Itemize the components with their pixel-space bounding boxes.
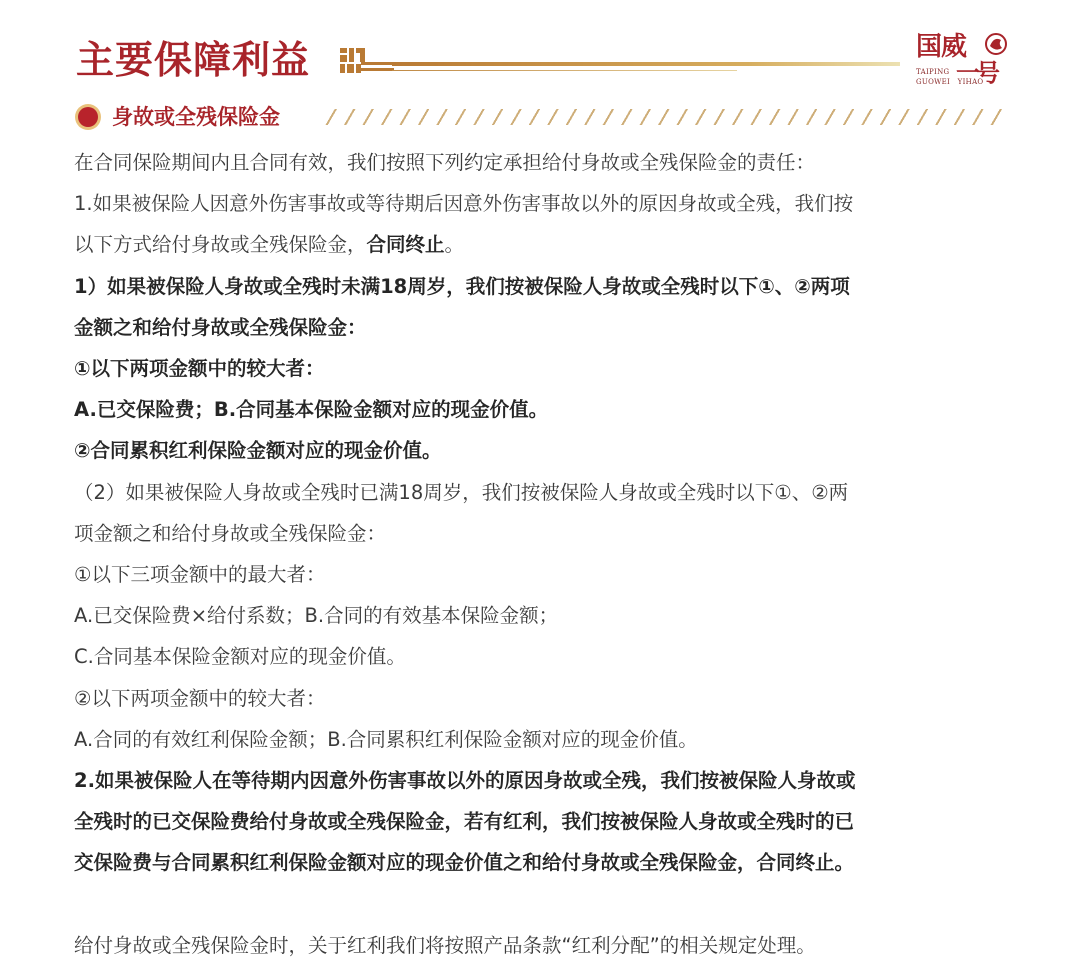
logo-chars-bottom: 一号: [956, 58, 996, 88]
dragon-emblem-icon: [984, 32, 1008, 56]
paragraph: ①以下三项金额中的最大者：: [74, 554, 1014, 595]
paragraph: （2）如果被保险人身故或全残时已满18周岁，我们按被保险人身故或全残时以下①、②…: [74, 472, 1014, 513]
page-title: 主要保障利益: [76, 36, 310, 84]
paragraph-bold: 1）如果被保险人身故或全残时未满18周岁，我们按被保险人身故或全残时以下①、②两…: [74, 266, 1014, 307]
fret-ornament-icon: [338, 46, 394, 76]
paragraph: 在合同保险期间内且合同有效，我们按照下列约定承担给付身故或全残保险金的责任：: [74, 142, 1014, 183]
contract-termination-emphasis: 合同终止: [367, 233, 445, 256]
footer-note: 给付身故或全残保险金时，关于红利我们将按照产品条款“红利分配”的相关规定处理。: [74, 925, 1014, 964]
benefit-clauses: 在合同保险期间内且合同有效，我们按照下列约定承担给付身故或全残保险金的责任： 1…: [74, 142, 1014, 964]
paragraph-bold: A.已交保险费；B.合同基本保险金额对应的现金价值。: [74, 389, 1014, 430]
paragraph-bold: ①以下两项金额中的较大者：: [74, 348, 1014, 389]
paragraph-bold: 交保险费与合同累积红利保险金额对应的现金价值之和给付身故或全残保险金，合同终止。: [74, 842, 1014, 883]
paragraph-bold: ②合同累积红利保险金额对应的现金价值。: [74, 430, 1014, 471]
paragraph: ②以下两项金额中的较大者：: [74, 678, 1014, 719]
gold-divider-thin: [392, 70, 737, 71]
paragraph-bold: 金额之和给付身故或全残保险金：: [74, 307, 1014, 348]
paragraph: A.合同的有效红利保险金额；B.合同累积红利保险金额对应的现金价值。: [74, 719, 1014, 760]
paragraph: 项金额之和给付身故或全残保险金：: [74, 513, 1014, 554]
section-heading: 身故或全残保险金: [78, 103, 1018, 133]
gold-divider-line: [392, 62, 900, 66]
paragraph-text: 以下方式给付身故或全残保险金，: [74, 233, 367, 256]
paragraph: 以下方式给付身故或全残保险金，合同终止。: [74, 224, 1014, 265]
page-header: 主要保障利益 国威 TAIPING GUOWEI YIHAO 一号: [0, 0, 1081, 100]
paragraph: C.合同基本保险金额对应的现金价值。: [74, 636, 1014, 677]
paragraph-tail: 。: [445, 233, 465, 256]
bullet-dot-icon: [78, 107, 98, 127]
diagonal-hatch-decoration: [322, 109, 1002, 125]
spacer: [74, 884, 1014, 925]
brand-logo: 国威 TAIPING GUOWEI YIHAO 一号: [914, 30, 1014, 92]
section-title: 身故或全残保险金: [112, 103, 280, 131]
paragraph-bold: 全残时的已交保险费给付身故或全残保险金，若有红利，我们按被保险人身故或全残时的已: [74, 801, 1014, 842]
paragraph: 1.如果被保险人因意外伤害事故或等待期后因意外伤害事故以外的原因身故或全残，我们…: [74, 183, 1014, 224]
logo-latin-line1: TAIPING: [916, 68, 949, 76]
paragraph-bold: 2.如果被保险人在等待期内因意外伤害事故以外的原因身故或全残，我们按被保险人身故…: [74, 760, 1014, 801]
paragraph: A.已交保险费×给付系数；B.合同的有效基本保险金额；: [74, 595, 1014, 636]
